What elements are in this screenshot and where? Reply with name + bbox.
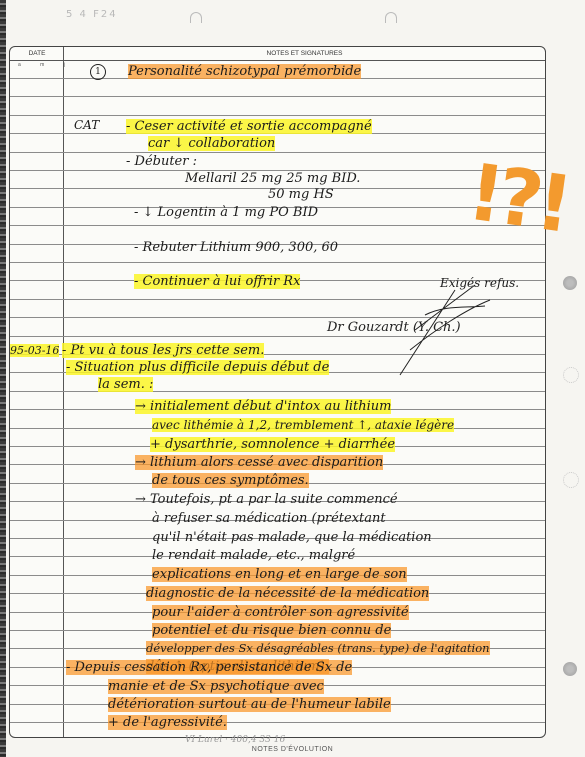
ruled-line xyxy=(10,391,545,392)
binding-edge xyxy=(0,0,6,757)
entry-2-line-7: - Rebuter Lithium 900, 300, 60 xyxy=(134,240,338,255)
entry-3-line-3: la sem. : xyxy=(98,377,153,392)
entry-2-line-5: 50 mg HS xyxy=(268,187,334,202)
hole-punch-icon xyxy=(563,367,579,383)
entry-3-line-21: détérioration surtout au de l'humeur lab… xyxy=(108,697,391,712)
entry-2-line-3: - Débuter : xyxy=(126,154,197,169)
physician-signature: Dr Gouzardt (Y. Ch.) xyxy=(327,320,461,335)
entry-2-label: CAT xyxy=(74,118,99,133)
entry-3-line-6: + dysarthrie, somnolence + diarrhée xyxy=(150,437,395,452)
entry-3-line-9: → Toutefois, pt a par la suite commencé xyxy=(135,492,398,507)
top-stamp: 5 4 F24 xyxy=(66,9,118,20)
notes-column-header: NOTES ET SIGNATURES xyxy=(64,50,545,57)
ruled-line xyxy=(10,722,545,723)
ruled-line xyxy=(10,262,545,263)
entry-3-date: 95-03-16 xyxy=(10,343,59,358)
form-header: DATE NOTES ET SIGNATURES xyxy=(10,47,545,61)
entry-3-line-14: diagnostic de la nécessité de la médicat… xyxy=(146,586,429,601)
column-divider xyxy=(63,47,64,737)
ruled-line xyxy=(10,96,545,97)
ruled-line xyxy=(10,152,545,153)
entry-2-line-1: - Ceser activité et sortie accompagné xyxy=(126,119,372,134)
entry-1-marker: 1 xyxy=(90,63,106,80)
entry-1-line-1: Personalité schizotypal prémorbide xyxy=(128,64,361,79)
date-column-header: DATE xyxy=(10,50,64,57)
entry-3-line-2: - Situation plus difficile depuis début … xyxy=(66,360,329,375)
entry-3-line-20: manie et de Sx psychotique avec xyxy=(108,679,324,694)
exclamation-question-annotation: !?! xyxy=(463,154,571,245)
entry-3-line-12: le rendait malade, etc., malgré xyxy=(152,548,355,563)
entry-3-line-8: de tous ces symptômes. xyxy=(152,473,309,488)
entry-3-line-19: - Depuis cessation Rx, persistance de Sx… xyxy=(66,660,352,675)
hole-punch-icon xyxy=(385,12,397,23)
entry-3-line-4: → initialement début d'intox au lithium xyxy=(135,399,391,414)
entry-3-line-15: pour l'aider à contrôler son agressivité xyxy=(152,605,409,620)
hole-punch-icon xyxy=(563,662,577,676)
hole-punch-icon xyxy=(190,12,202,23)
ruled-line xyxy=(10,115,545,116)
entry-3-line-11: qu'il n'était pas malade, que la médicat… xyxy=(152,530,432,545)
entry-3-line-17: développer des Sx désagréables (trans. t… xyxy=(146,641,490,656)
entry-3-line-5: avec lithémie à 1,2, tremblement ↑, atax… xyxy=(152,418,454,433)
entry-3-line-7: → lithium alors cessé avec disparition xyxy=(135,455,383,470)
date-format-hint: a m j xyxy=(18,62,74,68)
entry-2-line-2: car ↓ collaboration xyxy=(148,136,275,151)
entry-3-line-16: potentiel et du risque bien connu de xyxy=(152,623,391,638)
entry-3-line-22: + de l'agressivité. xyxy=(108,715,227,730)
circled-number-icon: 1 xyxy=(90,64,106,80)
entry-2-line-6: - ↓ Logentin à 1 mg PO BID xyxy=(134,205,318,220)
footer-form-title: NOTES D'ÉVOLUTION xyxy=(0,746,585,753)
entry-3-line-10: à refuser sa médication (prétextant xyxy=(152,511,386,526)
entry-3-line-13: explications en long et en large de son xyxy=(152,567,407,582)
entry-2-line-8: - Continuer à lui offrir Rx xyxy=(134,274,300,289)
hole-punch-icon xyxy=(563,472,579,488)
hole-punch-icon xyxy=(563,276,577,290)
entry-3-line-1: - Pt vu à tous les jrs cette sem. xyxy=(62,343,264,358)
entry-2-line-4: Mellaril 25 mg 25 mg BID. xyxy=(185,171,360,186)
